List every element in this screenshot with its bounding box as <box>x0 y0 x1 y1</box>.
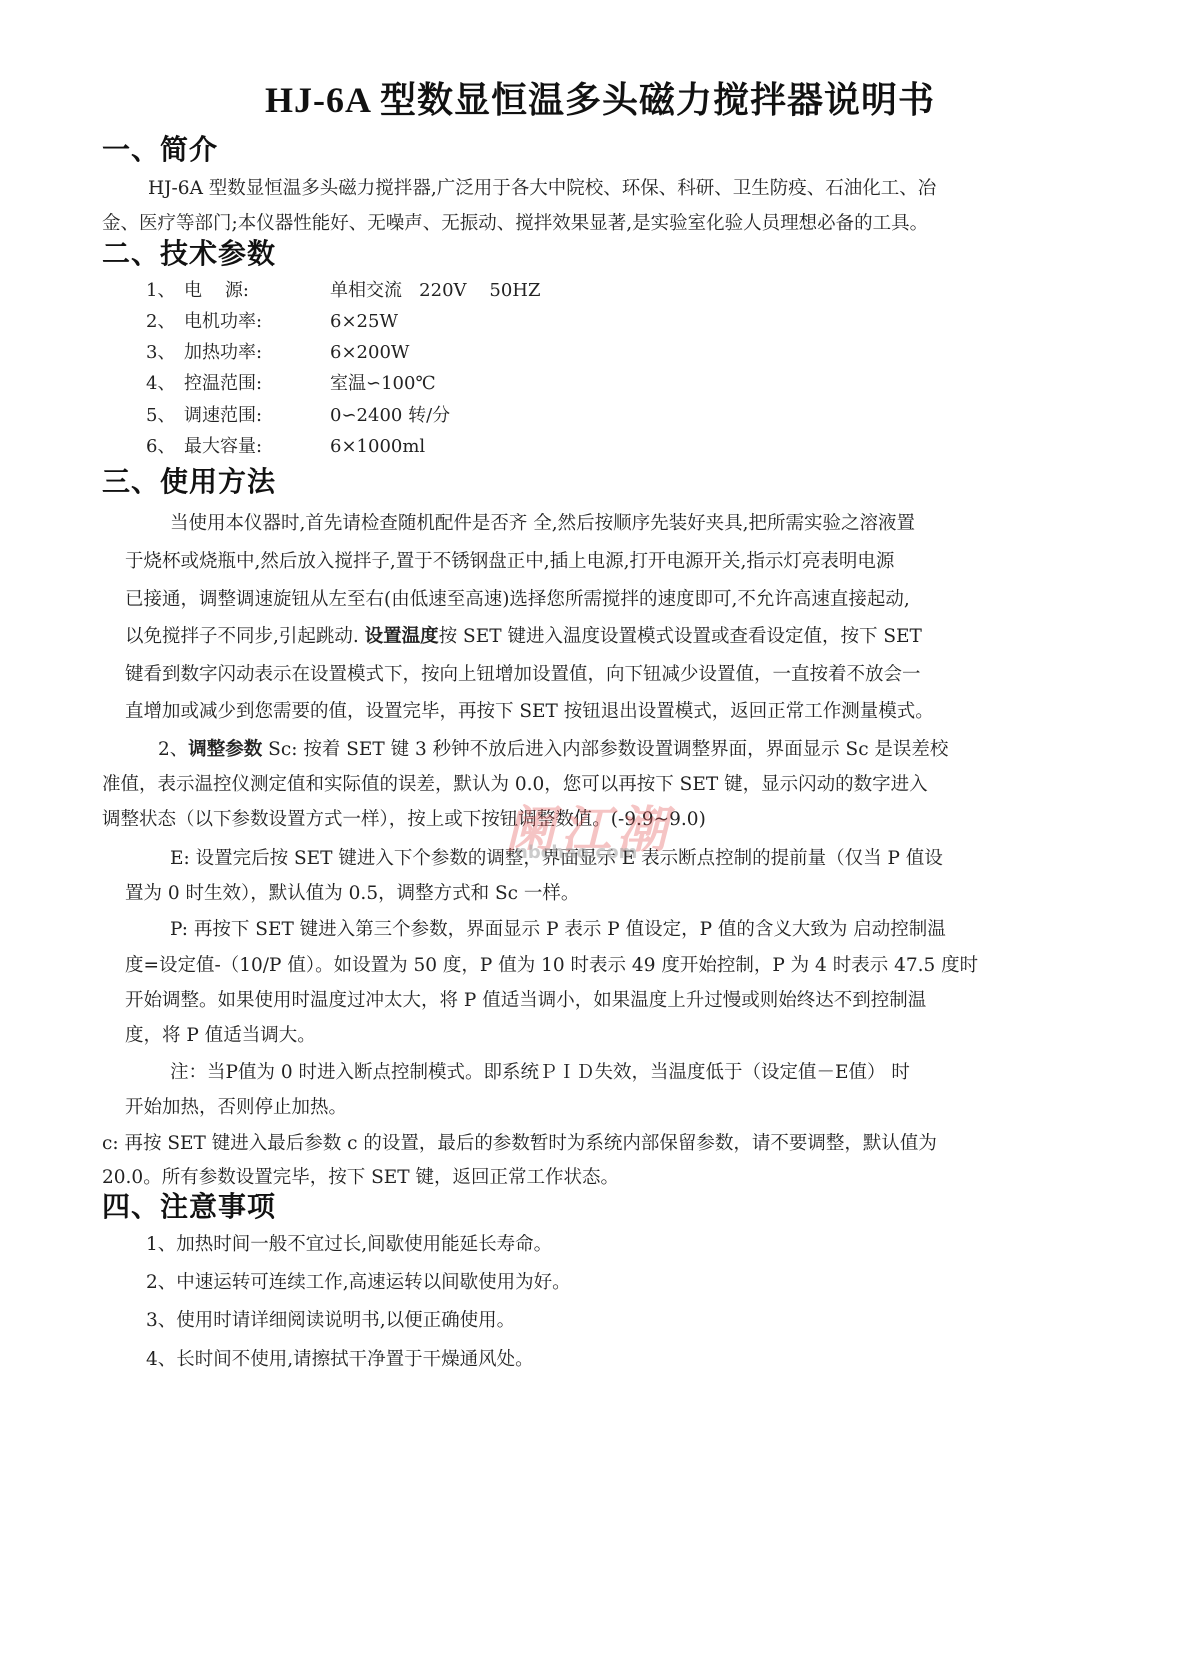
spec-num: 3、 <box>146 338 184 364</box>
spec-label: 加热功率: <box>184 338 330 364</box>
usage-p1-line-1: 当使用本仪器时,首先请检查随机配件是否齐 全,然后按顺序先装好夹具,把所需实验之… <box>170 509 915 535</box>
spec-row: 2、电机功率:6×25W <box>146 307 398 333</box>
param-p-line-1: P: 再按下 SET 键进入第三个参数，界面显示 P 表示 P 值设定，P 值的… <box>170 915 946 941</box>
spec-row: 4、控温范围:室温∽100℃ <box>146 369 436 395</box>
spec-num: 5、 <box>146 401 184 427</box>
spec-value: 室温∽100℃ <box>330 369 436 395</box>
heading-usage: 三、使用方法 <box>102 460 276 500</box>
spec-row: 1、电 源:单相交流 220V 50HZ <box>146 276 541 302</box>
caution-item: 4、长时间不使用,请擦拭干净置于干燥通风处。 <box>146 1345 534 1371</box>
text: 2、 <box>158 739 188 760</box>
spec-label: 控温范围: <box>184 369 330 395</box>
caution-item: 2、中速运转可连续工作,高速运转以间歇使用为好。 <box>146 1268 571 1294</box>
usage-p1-line-2: 于烧杯或烧瓶中,然后放入搅拌子,置于不锈钢盘正中,插上电源,打开电源开关,指示灯… <box>125 547 894 573</box>
caution-item: 1、加热时间一般不宜过长,间歇使用能延长寿命。 <box>146 1230 552 1256</box>
spec-label: 最大容量: <box>184 432 330 458</box>
spec-label: 电 源: <box>184 276 330 302</box>
usage-p2-line-2: 准值，表示温控仪测定值和实际值的误差，默认为 0.0，您可以再按下 SET 键，… <box>102 770 928 796</box>
text: 按 SET 键进入温度设置模式设置或查看设定值，按下 SET <box>439 626 922 647</box>
usage-p1-line-6: 直增加或减少到您需要的值，设置完毕，再按下 SET 按钮退出设置模式，返回正常工… <box>125 697 934 723</box>
heading-intro: 一、简介 <box>102 128 218 168</box>
intro-line-1: HJ-6A 型数显恒温多头磁力搅拌器,广泛用于各大中院校、环保、科研、卫生防疫、… <box>148 174 936 200</box>
heading-specs: 二、技术参数 <box>102 232 276 272</box>
document-title: HJ-6A 型数显恒温多头磁力搅拌器说明书 <box>0 72 1200 123</box>
spec-num: 2、 <box>146 307 184 333</box>
spec-value: 0∽2400 转/分 <box>330 401 450 427</box>
param-p-line-2: 度=设定值-（10/P 值）。如设置为 50 度，P 值为 10 时表示 49 … <box>125 951 978 977</box>
note-line-2: 开始加热，否则停止加热。 <box>125 1093 347 1119</box>
spec-value: 单相交流 220V 50HZ <box>330 276 541 302</box>
param-c-line-1: c: 再按 SET 键进入最后参数 c 的设置，最后的参数暂时为系统内部保留参数… <box>102 1129 937 1155</box>
param-p-line-3: 开始调整。如果使用时温度过冲太大，将 P 值适当调小，如果温度上升过慢或则始终达… <box>125 986 926 1012</box>
spec-value: 6×1000ml <box>330 436 425 457</box>
usage-p2-line-1: 2、调整参数 Sc: 按着 SET 键 3 秒钟不放后进入内部参数设置调整界面，… <box>158 735 948 761</box>
param-e-line-2: 置为 0 时生效），默认值为 0.5，调整方式和 Sc 一样。 <box>125 879 579 905</box>
spec-row: 5、调速范围:0∽2400 转/分 <box>146 401 450 427</box>
heading-notes: 四、注意事项 <box>102 1185 276 1225</box>
manual-page: HJ-6A 型数显恒温多头磁力搅拌器说明书 一、简介 HJ-6A 型数显恒温多头… <box>0 0 1200 1664</box>
spec-num: 6、 <box>146 432 184 458</box>
spec-row: 6、最大容量:6×1000ml <box>146 432 425 458</box>
param-p-line-4: 度，将 P 值适当调大。 <box>125 1021 316 1047</box>
text: Sc: 按着 SET 键 3 秒钟不放后进入内部参数设置调整界面，界面显示 Sc… <box>262 739 948 760</box>
param-e-line-1: E: 设置完后按 SET 键进入下个参数的调整，界面显示 E 表示断点控制的提前… <box>170 844 943 870</box>
spec-num: 4、 <box>146 369 184 395</box>
spec-row: 3、加热功率:6×200W <box>146 338 409 364</box>
note-line-1: 注：当P值为 0 时进入断点控制模式。即系统ＰＩＤ失效，当温度低于（设定值－E值… <box>170 1058 910 1084</box>
usage-p2-line-3: 调整状态（以下参数设置方式一样），按上或下按钮调整数值。(-9.9~9.0) <box>102 805 706 831</box>
spec-label: 电机功率: <box>184 307 330 333</box>
keyword-set-temperature: 设置温度 <box>365 626 439 647</box>
caution-item: 3、使用时请详细阅读说明书,以便正确使用。 <box>146 1306 515 1332</box>
usage-p1-line-3: 已接通，调整调速旋钮从左至右(由低速至高速)选择您所需搅拌的速度即可,不允许高速… <box>125 585 910 611</box>
spec-label: 调速范围: <box>184 401 330 427</box>
usage-p1-line-4: 以免搅拌子不同步,引起跳动. 设置温度按 SET 键进入温度设置模式设置或查看设… <box>125 622 922 648</box>
keyword-adjust-params: 调整参数 <box>188 739 262 760</box>
usage-p1-line-5: 键看到数字闪动表示在设置模式下，按向上钮增加设置值，向下钮减少设置值，一直按着不… <box>125 660 921 686</box>
spec-value: 6×200W <box>330 342 409 363</box>
spec-value: 6×25W <box>330 311 398 332</box>
spec-num: 1、 <box>146 276 184 302</box>
text: 以免搅拌子不同步,引起跳动. <box>125 626 365 647</box>
